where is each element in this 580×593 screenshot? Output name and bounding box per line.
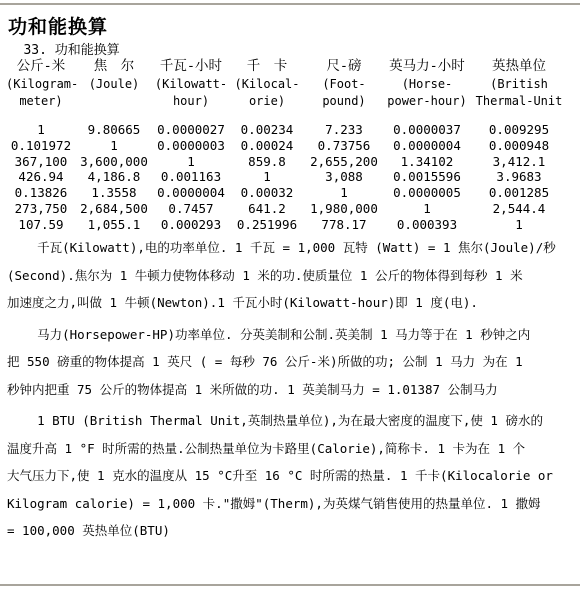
table-cell: 1 bbox=[304, 185, 384, 201]
table-cell: 1,055.1 bbox=[76, 217, 152, 233]
table-cell: 1 bbox=[76, 138, 152, 154]
text-line: 把 550 磅重的物体提高 1 英尺 ( = 每秒 76 公斤-米)所做的功; … bbox=[7, 348, 577, 376]
text-line: 千瓦(Kilowatt),电的功率单位. 1 千瓦 = 1,000 瓦特 (Wa… bbox=[7, 234, 577, 262]
table-cell: 0.0000004 bbox=[384, 138, 470, 154]
text-line: 秒钟内把重 75 公斤的物体提高 1 米所做的功. 1 英美制马力 = 1.01… bbox=[7, 376, 577, 404]
column-header-cn: 焦 尔 bbox=[76, 57, 152, 76]
table-cell: 0.0015596 bbox=[384, 169, 470, 185]
table-cell: 0.0000037 bbox=[384, 122, 470, 138]
column-header: 尺-磅(Foot-pound) bbox=[304, 57, 384, 122]
table-cell: 1 bbox=[152, 154, 230, 170]
table-cell: 0.73756 bbox=[304, 138, 384, 154]
table-cell: 0.101972 bbox=[6, 138, 76, 154]
table-cell: 426.94 bbox=[6, 169, 76, 185]
table-cell: 859.8 bbox=[230, 154, 304, 170]
table-cell: 778.17 bbox=[304, 217, 384, 233]
table-cell: 0.00024 bbox=[230, 138, 304, 154]
table-row: 19.806650.00000270.002347.2330.00000370.… bbox=[6, 122, 568, 138]
table-cell: 2,684,500 bbox=[76, 201, 152, 217]
table-cell: 0.0000003 bbox=[152, 138, 230, 154]
column-header: 千 卡(Kilocal-orie) bbox=[230, 57, 304, 122]
table-cell: 0.0000004 bbox=[152, 185, 230, 201]
table-cell: 3.9683 bbox=[470, 169, 568, 185]
column-header-en: (British bbox=[470, 76, 568, 93]
table-cell: 3,600,000 bbox=[76, 154, 152, 170]
table-cell: 367,100 bbox=[6, 154, 76, 170]
table-header-row: 公斤-米(Kilogram-meter)焦 尔(Joule) 千瓦-小时(Kil… bbox=[6, 57, 568, 122]
column-header-en: (Joule) bbox=[76, 76, 152, 93]
table-cell: 1 bbox=[470, 217, 568, 233]
table-cell: 2,544.4 bbox=[470, 201, 568, 217]
table-cell: 2,655,200 bbox=[304, 154, 384, 170]
table-cell: 3,412.1 bbox=[470, 154, 568, 170]
table-cell: 0.001285 bbox=[470, 185, 568, 201]
table-row: 0.138261.35580.00000040.0003210.00000050… bbox=[6, 185, 568, 201]
column-header-en: Thermal-Unit bbox=[470, 93, 568, 110]
top-divider bbox=[0, 3, 580, 5]
column-header: 公斤-米(Kilogram-meter) bbox=[6, 57, 76, 122]
column-header: 英马力-小时(Horse-power-hour) bbox=[384, 57, 470, 122]
table-cell: 273,750 bbox=[6, 201, 76, 217]
table-cell: 1.34102 bbox=[384, 154, 470, 170]
text-line: 1 BTU (British Thermal Unit,英制热量单位),为在最大… bbox=[7, 407, 577, 435]
text-line: 大气压力下,使 1 克水的温度从 15 °C升至 16 °C 时所需的热量. 1… bbox=[7, 462, 577, 490]
bottom-divider bbox=[0, 584, 580, 586]
table-cell: 0.000393 bbox=[384, 217, 470, 233]
table-cell: 1.3558 bbox=[76, 185, 152, 201]
table-cell: 0.000293 bbox=[152, 217, 230, 233]
column-header-cn: 尺-磅 bbox=[304, 57, 384, 76]
column-header-en: (Kilocal- bbox=[230, 76, 304, 93]
table-cell: 0.00032 bbox=[230, 185, 304, 201]
text-line: = 100,000 英热单位(BTU) bbox=[7, 517, 577, 545]
column-header-en: hour) bbox=[152, 93, 230, 110]
body-text: 千瓦(Kilowatt),电的功率单位. 1 千瓦 = 1,000 瓦特 (Wa… bbox=[7, 234, 577, 549]
column-header-en: (Kilogram- bbox=[6, 76, 76, 93]
table-cell: 0.0000005 bbox=[384, 185, 470, 201]
column-header: 千瓦-小时(Kilowatt-hour) bbox=[152, 57, 230, 122]
column-header-en: meter) bbox=[6, 93, 76, 110]
column-header-en bbox=[76, 93, 152, 110]
column-header-en: (Kilowatt- bbox=[152, 76, 230, 93]
table-cell: 0.251996 bbox=[230, 217, 304, 233]
text-line: (Second).焦尔为 1 牛顿力使物体移动 1 米的功.使质量位 1 公斤的… bbox=[7, 262, 577, 290]
column-header-cn: 英热单位 bbox=[470, 57, 568, 76]
table-cell: 1 bbox=[230, 169, 304, 185]
table-row: 367,1003,600,0001859.82,655,2001.341023,… bbox=[6, 154, 568, 170]
column-header-cn: 千瓦-小时 bbox=[152, 57, 230, 76]
table-cell: 1 bbox=[384, 201, 470, 217]
paragraph: 马力(Horsepower-HP)功率单位. 分英美制和公制.英美制 1 马力等… bbox=[7, 321, 577, 404]
column-header-en: (Foot- bbox=[304, 76, 384, 93]
table-cell: 0.009295 bbox=[470, 122, 568, 138]
table-cell: 1 bbox=[6, 122, 76, 138]
column-header-en: pound) bbox=[304, 93, 384, 110]
conversion-table: 公斤-米(Kilogram-meter)焦 尔(Joule) 千瓦-小时(Kil… bbox=[6, 57, 568, 233]
table-row: 426.944,186.80.00116313,0880.00155963.96… bbox=[6, 169, 568, 185]
text-line: 温度升高 1 °F 时所需的热量.公制热量单位为卡路里(Calorie),简称卡… bbox=[7, 435, 577, 463]
column-header: 英热单位(BritishThermal-Unit bbox=[470, 57, 568, 122]
table-cell: 107.59 bbox=[6, 217, 76, 233]
table-cell: 0.0000027 bbox=[152, 122, 230, 138]
table-cell: 0.13826 bbox=[6, 185, 76, 201]
column-header: 焦 尔(Joule) bbox=[76, 57, 152, 122]
table-cell: 4,186.8 bbox=[76, 169, 152, 185]
paragraph: 千瓦(Kilowatt),电的功率单位. 1 千瓦 = 1,000 瓦特 (Wa… bbox=[7, 234, 577, 317]
table-cell: 9.80665 bbox=[76, 122, 152, 138]
table-cell: 3,088 bbox=[304, 169, 384, 185]
table-cell: 0.00234 bbox=[230, 122, 304, 138]
table-row: 107.591,055.10.0002930.251996778.170.000… bbox=[6, 217, 568, 233]
text-line: Kilogram calorie) = 1,000 卡."撒姆"(Therm),… bbox=[7, 490, 577, 518]
column-header-en: power-hour) bbox=[384, 93, 470, 110]
table-cell: 0.000948 bbox=[470, 138, 568, 154]
page-title: 功和能换算 bbox=[8, 12, 108, 39]
table-cell: 7.233 bbox=[304, 122, 384, 138]
table-cell: 641.2 bbox=[230, 201, 304, 217]
column-header-cn: 千 卡 bbox=[230, 57, 304, 76]
paragraph: 1 BTU (British Thermal Unit,英制热量单位),为在最大… bbox=[7, 407, 577, 545]
table-row: 273,7502,684,5000.7457641.21,980,00012,5… bbox=[6, 201, 568, 217]
text-line: 马力(Horsepower-HP)功率单位. 分英美制和公制.英美制 1 马力等… bbox=[7, 321, 577, 349]
column-header-en: (Horse- bbox=[384, 76, 470, 93]
column-header-cn: 公斤-米 bbox=[6, 57, 76, 76]
column-header-cn: 英马力-小时 bbox=[384, 57, 470, 76]
table-row: 0.10197210.00000030.000240.737560.000000… bbox=[6, 138, 568, 154]
table-cell: 0.001163 bbox=[152, 169, 230, 185]
text-line: 加速度之力,叫做 1 牛顿(Newton).1 千瓦小时(Kilowatt-ho… bbox=[7, 289, 577, 317]
column-header-en: orie) bbox=[230, 93, 304, 110]
table-cell: 1,980,000 bbox=[304, 201, 384, 217]
table-cell: 0.7457 bbox=[152, 201, 230, 217]
